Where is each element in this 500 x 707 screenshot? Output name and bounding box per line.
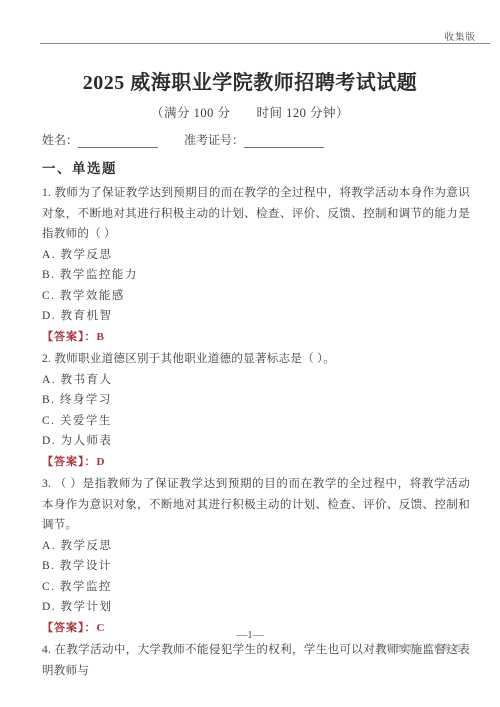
section-heading: 一、单选题 <box>42 157 117 177</box>
question-stem: 1. 教师为了保证教学达到预期目的而在教学的全过程中，将教学活动本身作为意识对象… <box>42 183 470 245</box>
page-title: 2025 威海职业学院教师招聘考试试题 <box>0 66 500 95</box>
name-blank-line <box>78 134 158 148</box>
candidate-info-row: 姓名：准考证号： <box>42 131 324 148</box>
question-stem: 2. 教师职业道德区别于其他职业道德的显著标志是（ ）。 <box>42 349 470 370</box>
option-item: C. 教学效能感 <box>42 286 470 307</box>
answer-label: 【答案】： <box>42 331 97 343</box>
footer-page-number: —1— <box>0 629 500 641</box>
option-item: A. 教学反思 <box>42 536 470 557</box>
exam-no-blank-line <box>244 134 324 148</box>
option-item: A. 教学反思 <box>42 245 470 266</box>
name-field-label: 姓名： <box>42 133 78 147</box>
exam-no-field-label: 准考证号： <box>184 133 244 147</box>
question-block: 2. 教师职业道德区别于其他职业道德的显著标志是（ ）。 A. 教书育人 B. … <box>42 349 470 472</box>
option-item: D. 教育机智 <box>42 306 470 327</box>
question-block: 1. 教师为了保证教学达到预期目的而在教学的全过程中，将教学活动本身作为意识对象… <box>42 183 470 347</box>
question-block: 3. （ ）是指教师为了保证教学达到预期的目的而在教学的全过程中，将教学活动本身… <box>42 474 470 638</box>
exam-document-page: 收集版 2025 威海职业学院教师招聘考试试题 （满分 100 分 时间 120… <box>0 0 500 707</box>
option-item: D. 为人师表 <box>42 431 470 452</box>
option-item: C. 教学监控 <box>42 577 470 598</box>
answer-value: D <box>97 456 106 468</box>
answer-line: 【答案】：B <box>42 327 470 348</box>
answer-value: B <box>97 331 105 343</box>
answer-label: 【答案】： <box>42 456 97 468</box>
exam-subtitle: （满分 100 分 时间 120 分钟） <box>0 103 500 121</box>
header-rule <box>40 43 490 44</box>
option-item: B. 教学监控能力 <box>42 265 470 286</box>
option-item: C. 关爱学生 <box>42 411 470 432</box>
footer-note: 收集整理，仅供参考 <box>376 642 462 654</box>
question-stem: 3. （ ）是指教师为了保证教学达到预期的目的而在教学的全过程中，将教学活动本身… <box>42 474 470 536</box>
option-item: B. 终身学习 <box>42 390 470 411</box>
answer-line: 【答案】：D <box>42 452 470 473</box>
option-item: B. 教学设计 <box>42 556 470 577</box>
option-item: A. 教书育人 <box>42 370 470 391</box>
option-item: D. 教学计划 <box>42 597 470 618</box>
questions-area: 1. 教师为了保证教学达到预期目的而在教学的全过程中，将教学活动本身作为意识对象… <box>42 183 470 683</box>
edition-label: 收集版 <box>444 29 476 43</box>
